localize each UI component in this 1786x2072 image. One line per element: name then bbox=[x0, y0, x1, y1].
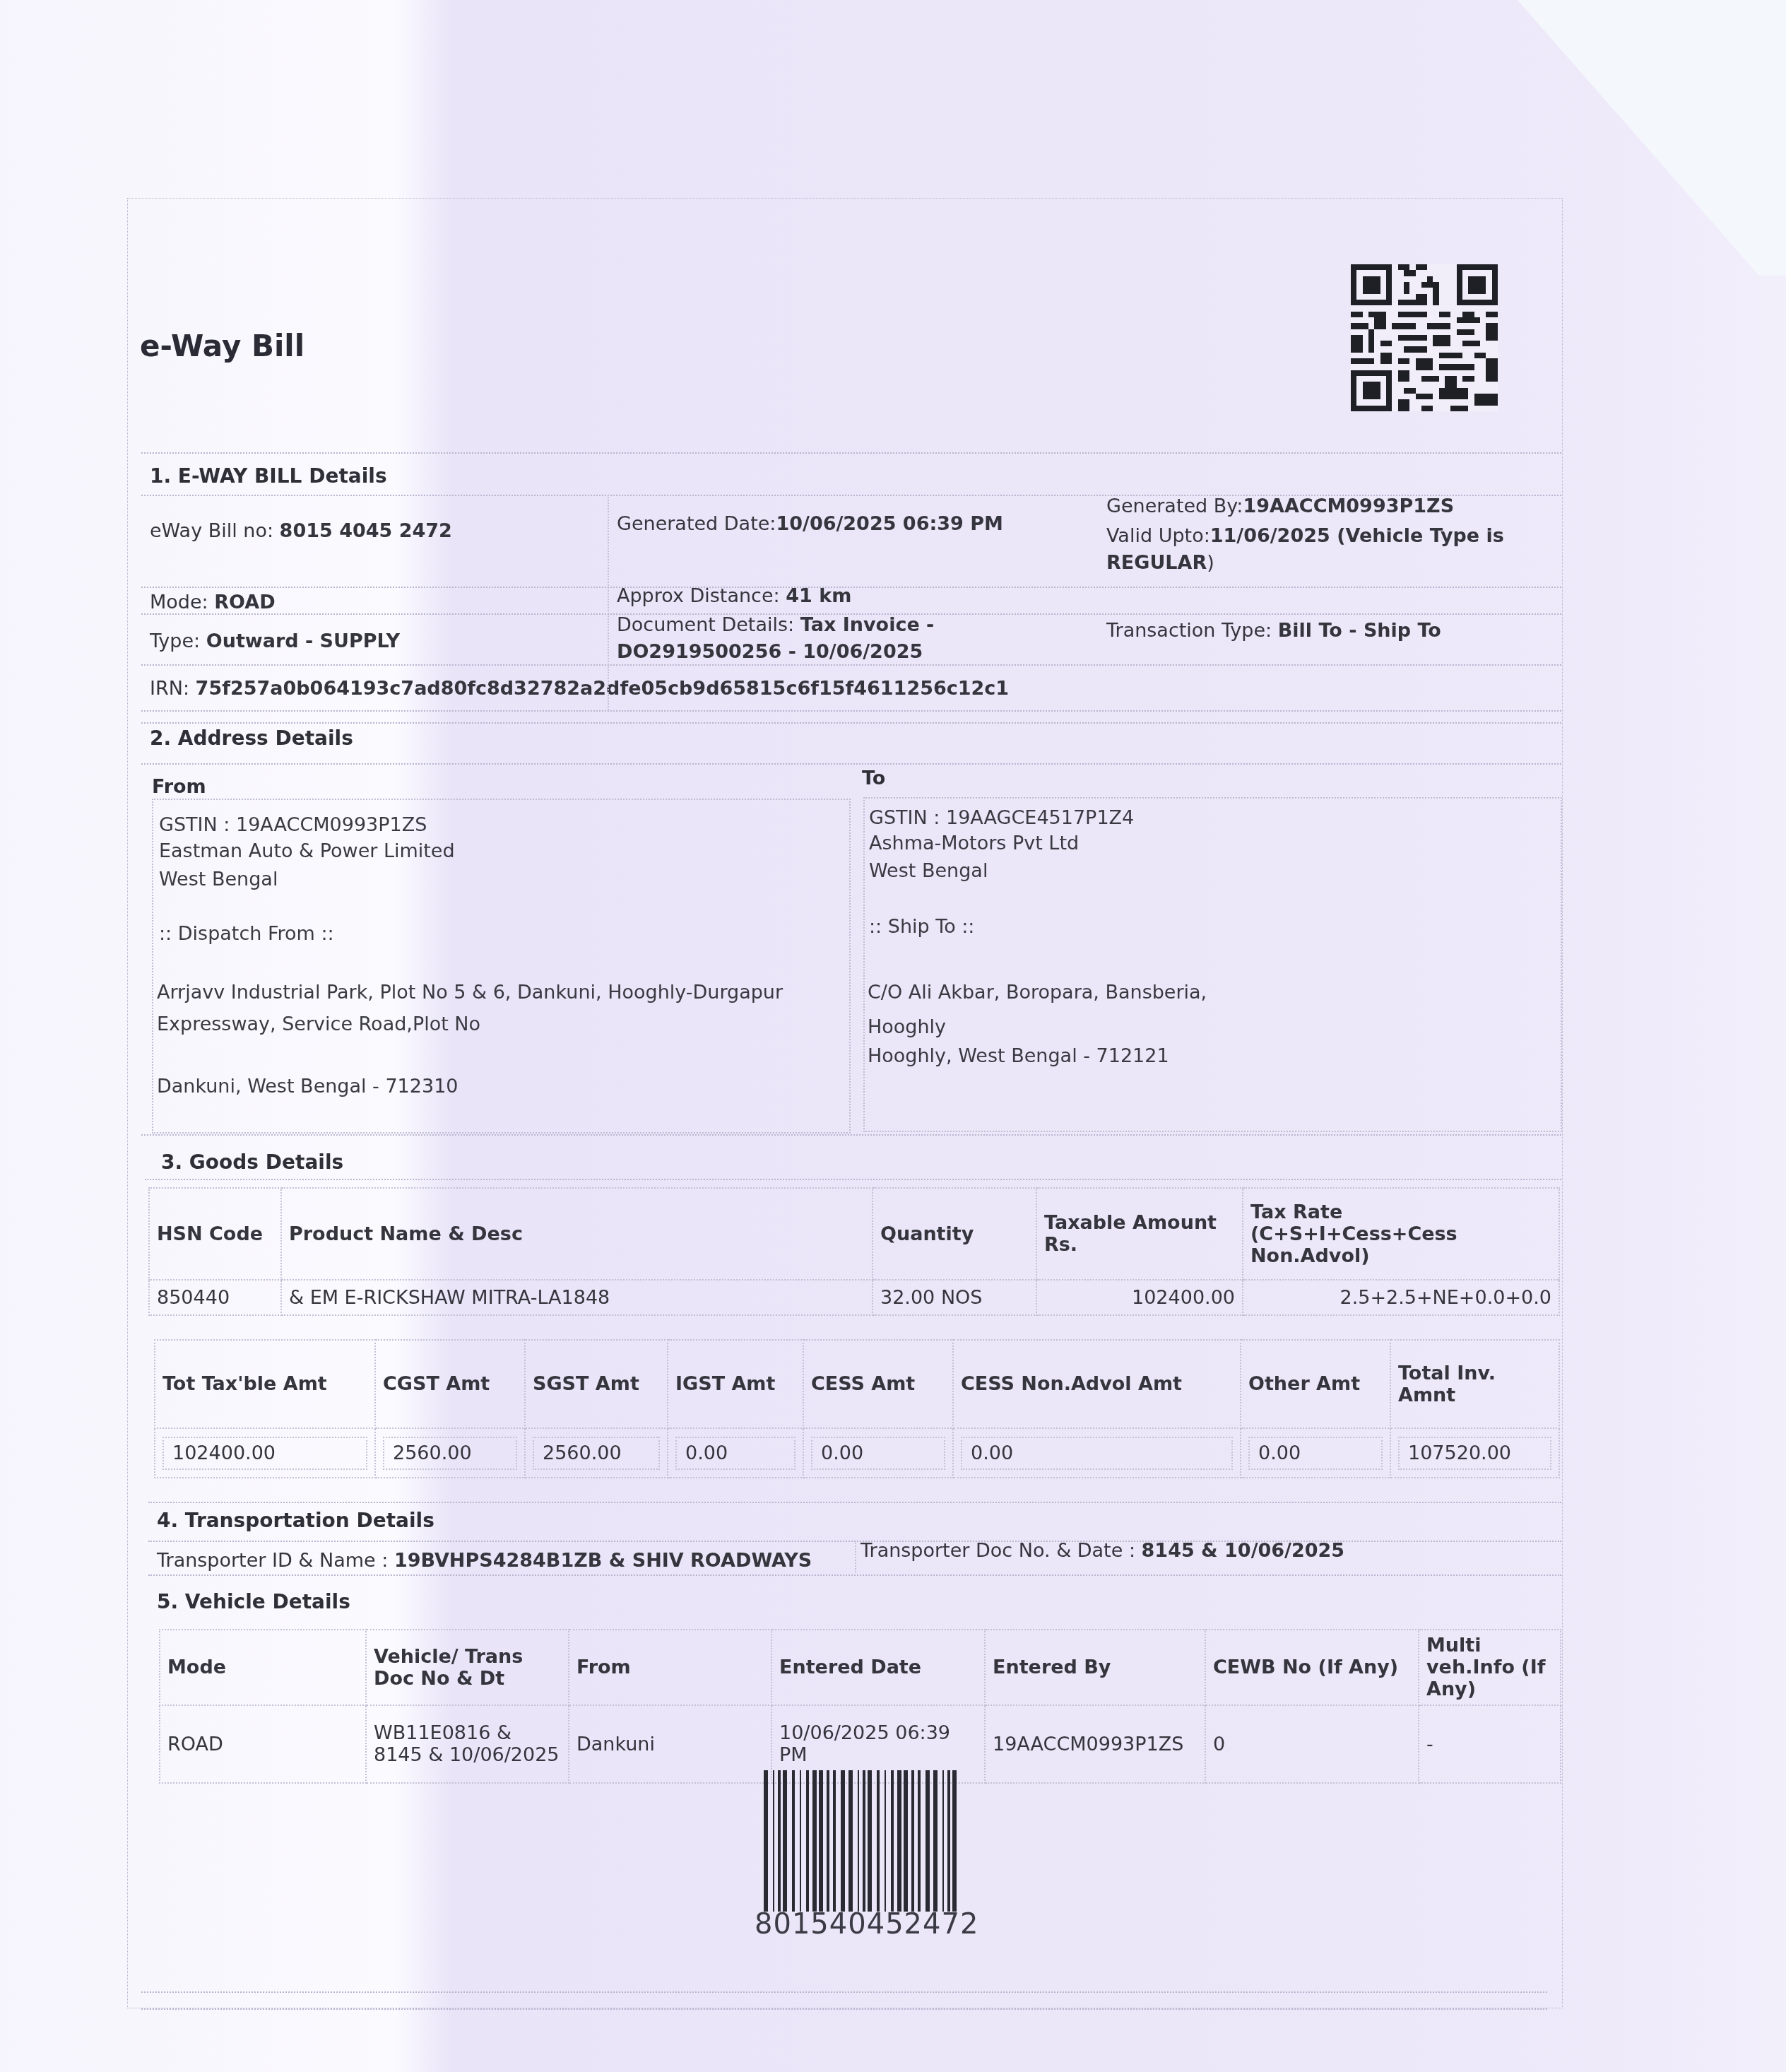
col-mode: Mode bbox=[160, 1630, 366, 1705]
transaction-type-label: Transaction Type: bbox=[1106, 620, 1278, 642]
table-row: 102400.00 2560.00 2560.00 0.00 0.00 0.00… bbox=[155, 1428, 1559, 1478]
to-state: West Bengal bbox=[869, 857, 988, 885]
section-heading-address: 2. Address Details bbox=[150, 726, 353, 750]
to-address-line2: Hooghly bbox=[868, 1013, 946, 1042]
transporter-value: 19BVHPS4284B1ZB & SHIV ROADWAYS bbox=[394, 1550, 812, 1572]
totals-header-row: Tot Tax'ble Amt CGST Amt SGST Amt IGST A… bbox=[155, 1340, 1559, 1428]
from-gstin: GSTIN : 19AACCM0993P1ZS bbox=[159, 811, 427, 840]
col-multi-veh: Multi veh.Info (If Any) bbox=[1419, 1630, 1561, 1705]
eway-bill-no-label: eWay Bill no: bbox=[150, 520, 280, 542]
to-name: Ashma-Motors Pvt Ltd bbox=[869, 830, 1079, 858]
divider bbox=[141, 2008, 1547, 2010]
type: Type: Outward - SUPPLY bbox=[150, 628, 400, 655]
document-details-label: Document Details: bbox=[617, 614, 800, 636]
transporter-label: Transporter ID & Name : bbox=[157, 1550, 394, 1572]
from-state: West Bengal bbox=[159, 866, 278, 894]
divider bbox=[141, 763, 1561, 765]
transporter-doc-label: Transporter Doc No. & Date : bbox=[861, 1540, 1142, 1562]
mode-value: ROAD bbox=[214, 591, 275, 613]
irn-value: 75f257a0b064193c7ad80fc8d32782a2dfe05cb9… bbox=[196, 678, 1010, 700]
col-quantity: Quantity bbox=[873, 1188, 1036, 1280]
hsn-code: 850440 bbox=[149, 1280, 281, 1315]
transaction-type: Transaction Type: Bill To - Ship To bbox=[1106, 618, 1441, 644]
transporter-id-name: Transporter ID & Name : 19BVHPS4284B1ZB … bbox=[157, 1548, 812, 1574]
vehicle-from: Dankuni bbox=[569, 1705, 771, 1783]
total-inv-value: 107520.00 bbox=[1398, 1437, 1551, 1470]
section-heading-eway-details: 1. E-WAY BILL Details bbox=[150, 464, 387, 488]
barcode-number: 801540452472 bbox=[755, 1908, 978, 1941]
col-hsn: HSN Code bbox=[149, 1188, 281, 1280]
divider bbox=[148, 1574, 1561, 1576]
col-sgst: SGST Amt bbox=[525, 1340, 668, 1428]
approx-distance: Approx Distance: 41 km bbox=[617, 583, 851, 610]
other-value: 0.00 bbox=[1248, 1437, 1383, 1470]
from-address-line1: Arrjavv Industrial Park, Plot No 5 & 6, … bbox=[157, 979, 783, 1007]
generated-date: Generated Date:10/06/2025 06:39 PM bbox=[617, 511, 1003, 538]
taxable-amount: 102400.00 bbox=[1036, 1280, 1243, 1315]
to-gstin: GSTIN : 19AAGCE4517P1Z4 bbox=[869, 804, 1134, 832]
divider bbox=[141, 1134, 1561, 1136]
table-row: 850440 & EM E-RICKSHAW MITRA-LA1848 32.0… bbox=[149, 1280, 1559, 1315]
approx-distance-value: 41 km bbox=[786, 585, 851, 607]
cess-non-advol-value: 0.00 bbox=[961, 1437, 1233, 1470]
dispatch-from-label: :: Dispatch From :: bbox=[159, 920, 334, 948]
col-cess: CESS Amt bbox=[803, 1340, 953, 1428]
document-details: Document Details: Tax Invoice - DO291950… bbox=[617, 612, 1012, 666]
vehicle-header-row: Mode Vehicle/ Trans Doc No & Dt From Ent… bbox=[160, 1630, 1561, 1705]
col-tax-rate: Tax Rate (C+S+I+Cess+Cess Non.Advol) bbox=[1243, 1188, 1559, 1280]
col-taxable-amount: Taxable Amount Rs. bbox=[1036, 1188, 1243, 1280]
generated-date-value: 10/06/2025 06:39 PM bbox=[776, 513, 1003, 535]
col-entered-by: Entered By bbox=[985, 1630, 1205, 1705]
irn: IRN: 75f257a0b064193c7ad80fc8d32782a2dfe… bbox=[150, 676, 1009, 702]
col-product: Product Name & Desc bbox=[281, 1188, 873, 1280]
eway-bill-no: eWay Bill no: 8015 4045 2472 bbox=[150, 518, 452, 545]
from-city-line: Dankuni, West Bengal - 712310 bbox=[157, 1073, 459, 1101]
col-vehicle-doc: Vehicle/ Trans Doc No & Dt bbox=[366, 1630, 569, 1705]
vehicle-table: Mode Vehicle/ Trans Doc No & Dt From Ent… bbox=[159, 1629, 1561, 1784]
col-igst: IGST Amt bbox=[668, 1340, 803, 1428]
mode-label: Mode: bbox=[150, 591, 214, 613]
column-divider bbox=[608, 495, 609, 710]
col-cess-non-advol: CESS Non.Advol Amt bbox=[953, 1340, 1241, 1428]
divider bbox=[141, 452, 1561, 454]
to-city-line: Hooghly, West Bengal - 712121 bbox=[868, 1042, 1169, 1071]
eway-bill-no-value: 8015 4045 2472 bbox=[280, 520, 452, 542]
vehicle-mode: ROAD bbox=[160, 1705, 366, 1783]
product-name: & EM E-RICKSHAW MITRA-LA1848 bbox=[281, 1280, 873, 1315]
cess-value: 0.00 bbox=[811, 1437, 945, 1470]
ship-to-label: :: Ship To :: bbox=[869, 913, 974, 941]
igst-value: 0.00 bbox=[675, 1437, 796, 1470]
totals-table: Tot Tax'ble Amt CGST Amt SGST Amt IGST A… bbox=[154, 1339, 1560, 1478]
generated-by: Generated By:19AACCM0993P1ZS bbox=[1106, 493, 1516, 520]
mode: Mode: ROAD bbox=[150, 589, 276, 616]
page-title: e-Way Bill bbox=[140, 329, 304, 363]
sgst-value: 2560.00 bbox=[533, 1437, 660, 1470]
multi-veh-info: - bbox=[1419, 1705, 1561, 1783]
divider bbox=[141, 710, 1561, 712]
from-label: From bbox=[152, 776, 206, 798]
col-entered-date: Entered Date bbox=[771, 1630, 985, 1705]
divider bbox=[141, 664, 1561, 666]
cgst-value: 2560.00 bbox=[383, 1437, 517, 1470]
col-cgst: CGST Amt bbox=[375, 1340, 525, 1428]
generated-date-label: Generated Date: bbox=[617, 513, 776, 535]
qr-code-icon bbox=[1351, 264, 1498, 411]
section-heading-transport: 4. Transportation Details bbox=[157, 1509, 434, 1532]
quantity: 32.00 NOS bbox=[873, 1280, 1036, 1315]
col-cewb-no: CEWB No (If Any) bbox=[1205, 1630, 1419, 1705]
irn-label: IRN: bbox=[150, 678, 196, 700]
to-label: To bbox=[862, 767, 885, 789]
col-from: From bbox=[569, 1630, 771, 1705]
barcode-icon bbox=[761, 1770, 961, 1912]
approx-distance-label: Approx Distance: bbox=[617, 585, 786, 607]
divider bbox=[141, 722, 1561, 724]
divider bbox=[148, 1502, 1561, 1503]
type-label: Type: bbox=[150, 630, 206, 652]
col-total-inv: Total Inv. Amnt bbox=[1390, 1340, 1559, 1428]
valid-upto-label: Valid Upto: bbox=[1106, 525, 1210, 547]
generated-by-value: 19AACCM0993P1ZS bbox=[1243, 495, 1454, 517]
cewb-no: 0 bbox=[1205, 1705, 1419, 1783]
entered-by: 19AACCM0993P1ZS bbox=[985, 1705, 1205, 1783]
col-tot-taxable: Tot Tax'ble Amt bbox=[155, 1340, 375, 1428]
section-heading-vehicle: 5. Vehicle Details bbox=[157, 1590, 350, 1613]
from-address-line2: Expressway, Service Road,Plot No bbox=[157, 1011, 480, 1039]
vehicle-doc: WB11E0816 & 8145 & 10/06/2025 bbox=[366, 1705, 569, 1783]
tot-taxable-value: 102400.00 bbox=[162, 1437, 367, 1470]
section-heading-goods: 3. Goods Details bbox=[161, 1150, 343, 1174]
to-address-line1: C/O Ali Akbar, Boropara, Bansberia, bbox=[868, 979, 1207, 1007]
divider bbox=[141, 1991, 1547, 1993]
generated-by-label: Generated By: bbox=[1106, 495, 1243, 517]
transporter-doc-value: 8145 & 10/06/2025 bbox=[1142, 1540, 1345, 1562]
divider bbox=[145, 1179, 1561, 1180]
goods-table: HSN Code Product Name & Desc Quantity Ta… bbox=[148, 1187, 1560, 1316]
transporter-doc: Transporter Doc No. & Date : 8145 & 10/0… bbox=[861, 1538, 1344, 1565]
tax-rate: 2.5+2.5+NE+0.0+0.0 bbox=[1243, 1280, 1559, 1315]
transaction-type-value: Bill To - Ship To bbox=[1278, 620, 1441, 642]
from-name: Eastman Auto & Power Limited bbox=[159, 837, 455, 866]
valid-upto: Valid Upto:11/06/2025 (Vehicle Type is R… bbox=[1106, 523, 1516, 577]
column-divider bbox=[855, 1541, 856, 1572]
goods-header-row: HSN Code Product Name & Desc Quantity Ta… bbox=[149, 1188, 1559, 1280]
col-other: Other Amt bbox=[1241, 1340, 1390, 1428]
type-value: Outward - SUPPLY bbox=[206, 630, 400, 652]
